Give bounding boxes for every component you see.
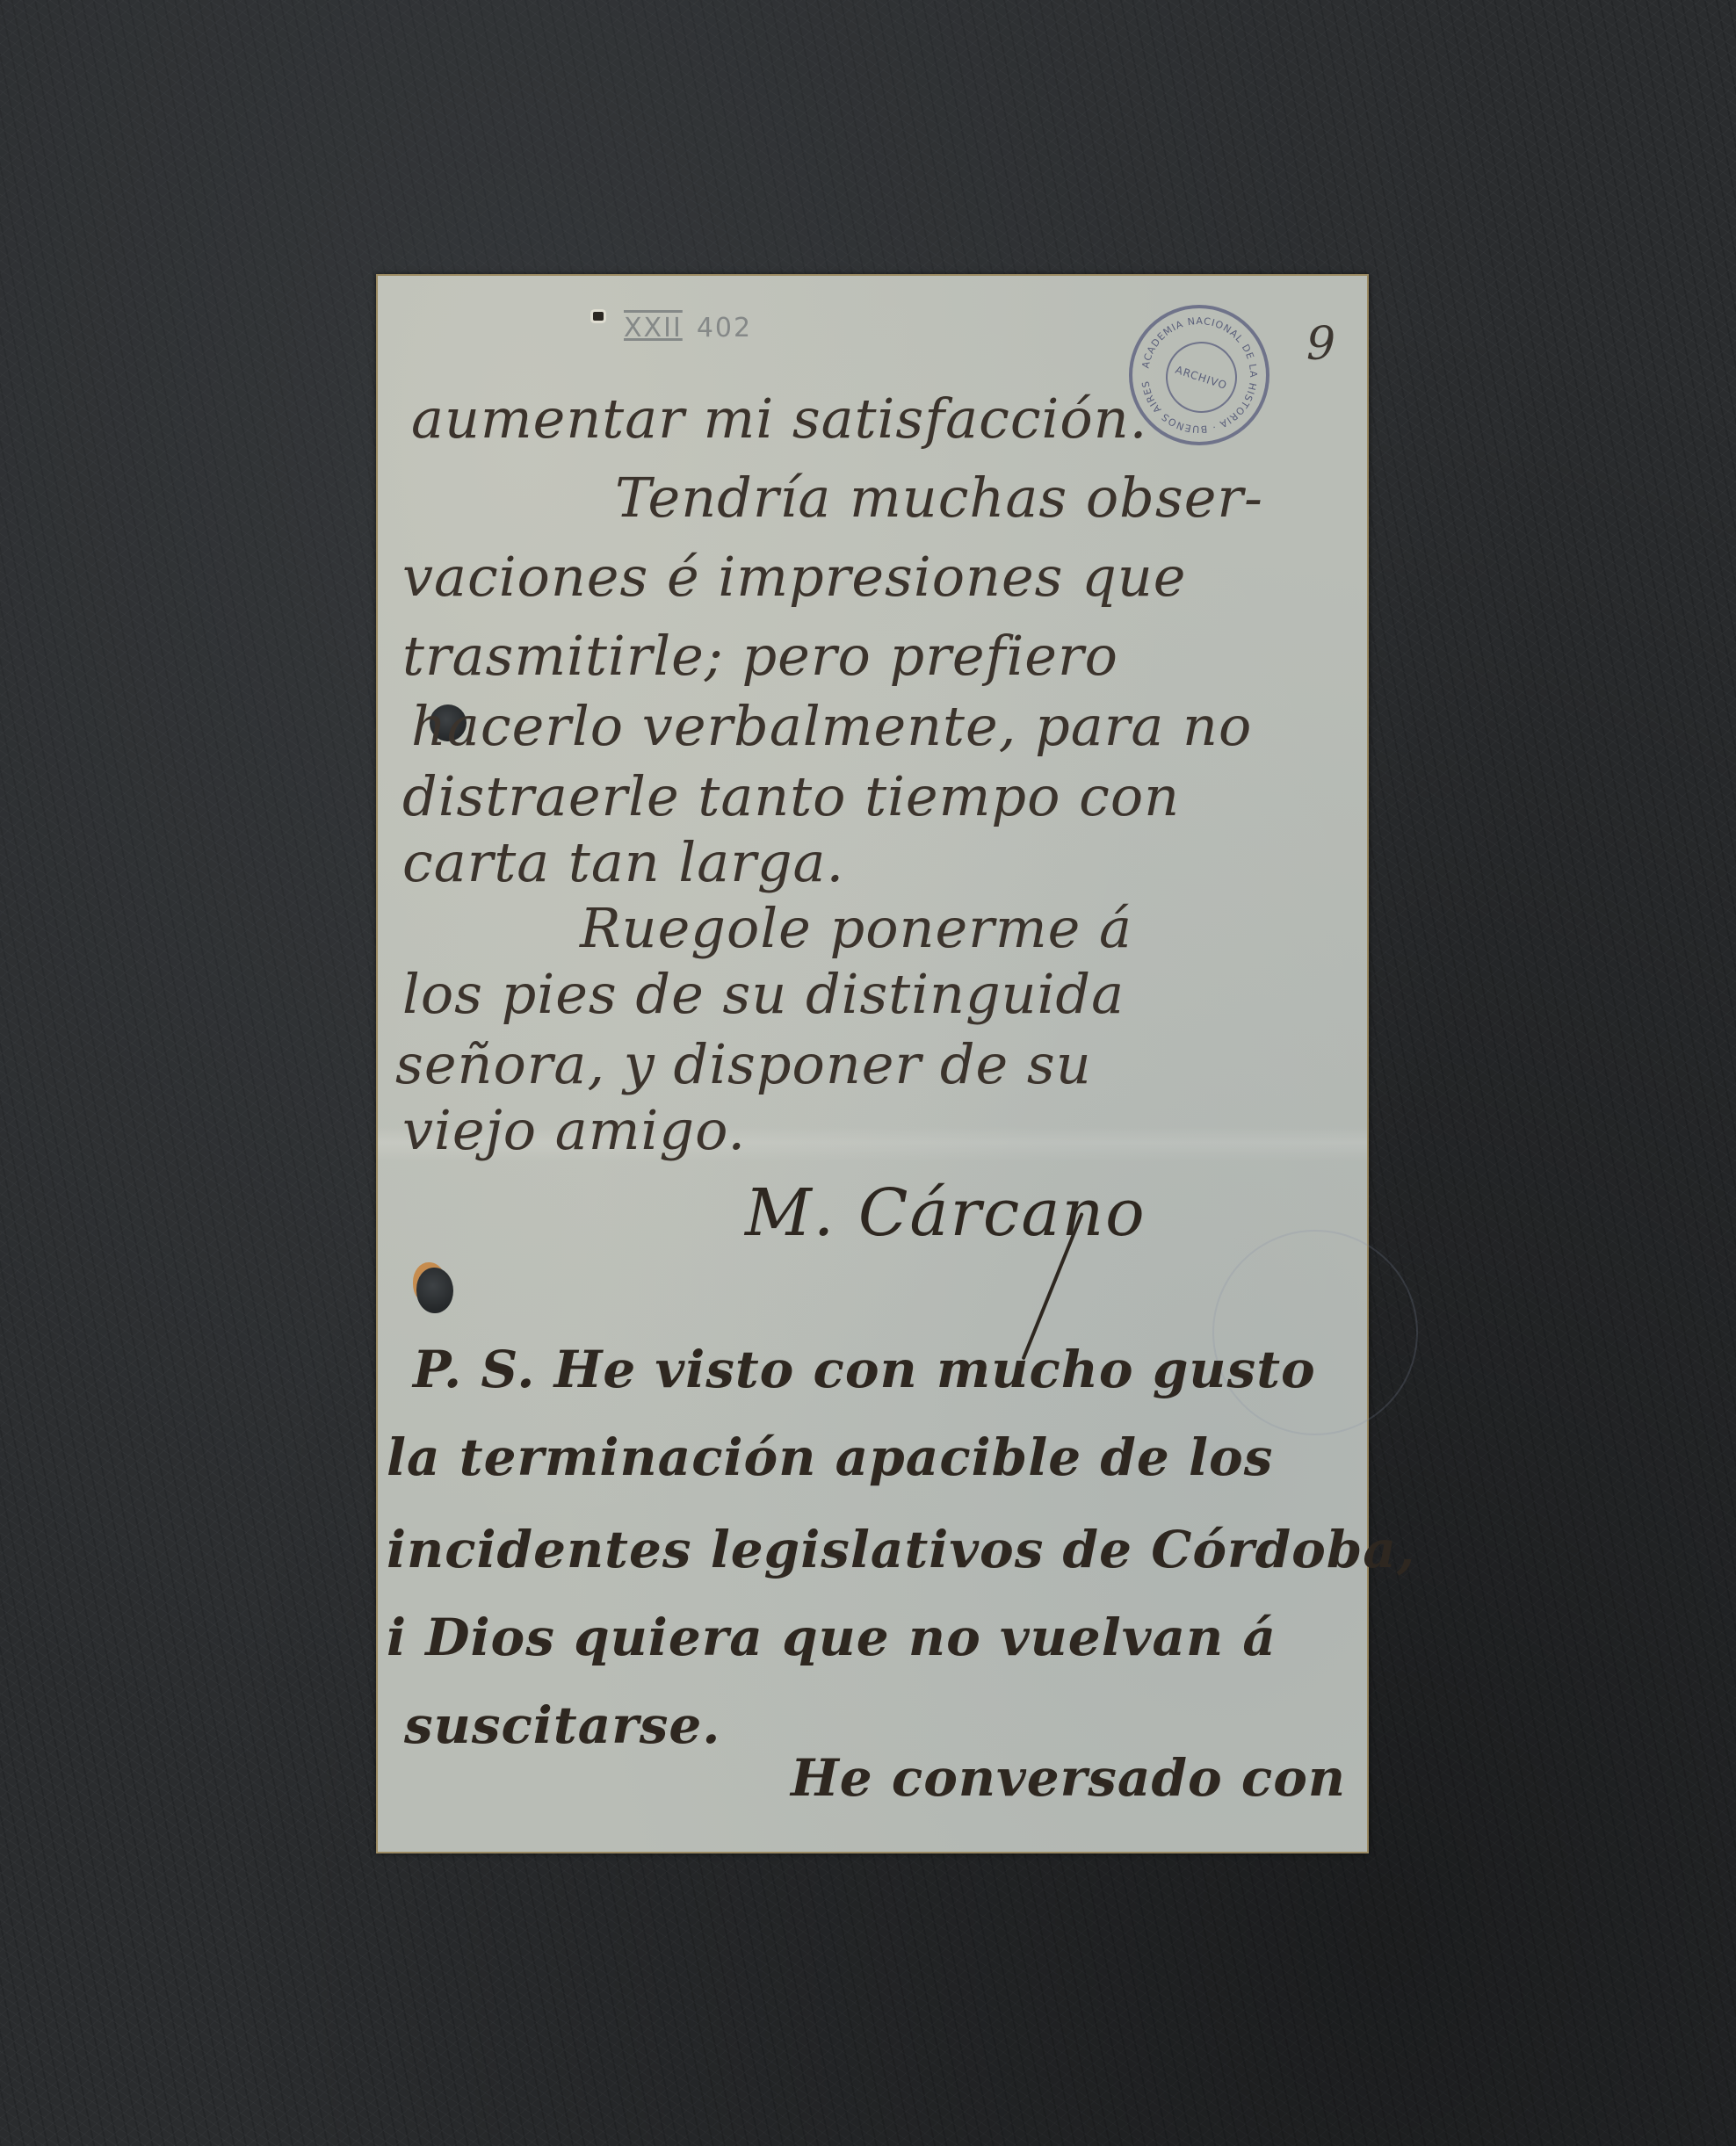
archive-reference: XXII402 <box>624 313 752 343</box>
postscript-line-2: la terminación apacible de los <box>387 1427 1273 1487</box>
body-line-6: distraerle tanto tiempo con <box>402 764 1180 828</box>
archive-volume: XXII <box>624 313 683 343</box>
body-line-10: señora, y disponer de su <box>395 1032 1092 1096</box>
folio-number: 9 <box>1306 318 1335 371</box>
postscript-line-4: i Dios quiera que no vuelvan á <box>387 1608 1277 1667</box>
body-line-9: los pies de su distinguida <box>402 962 1125 1026</box>
signature: M. Cárcano <box>745 1175 1146 1251</box>
body-line-1: aumentar mi satisfacción. <box>411 387 1147 451</box>
body-line-11: viejo amigo. <box>402 1098 746 1162</box>
archive-stamp-icon: ACADEMIA NACIONAL DE LA HISTORIA · BUENO… <box>1129 305 1269 445</box>
body-line-7: carta tan larga. <box>402 830 844 894</box>
body-line-5: hacerlo verbalmente, para no <box>411 694 1252 758</box>
pin-hole-mark <box>593 312 604 321</box>
postscript-line-6: He conversado con <box>791 1748 1346 1808</box>
body-line-2: Tendría muchas obser- <box>615 466 1263 530</box>
body-line-8: Ruegole ponerme á <box>580 896 1132 960</box>
archive-number: 402 <box>697 313 752 343</box>
stamp-center-text: ARCHIVO <box>1174 363 1229 391</box>
postscript-line-5: suscitarse. <box>404 1695 721 1755</box>
body-line-4: trasmitirle; pero prefiero <box>402 624 1118 688</box>
punch-hole-lower <box>416 1268 453 1313</box>
postscript-line-1: P. S. He visto con mucho gusto <box>413 1340 1316 1399</box>
body-line-3: vaciones é impresiones que <box>402 545 1187 609</box>
postscript-line-3: incidentes legislativos de Córdoba, <box>387 1520 1415 1579</box>
show-through-stamp-mark <box>1212 1230 1418 1435</box>
